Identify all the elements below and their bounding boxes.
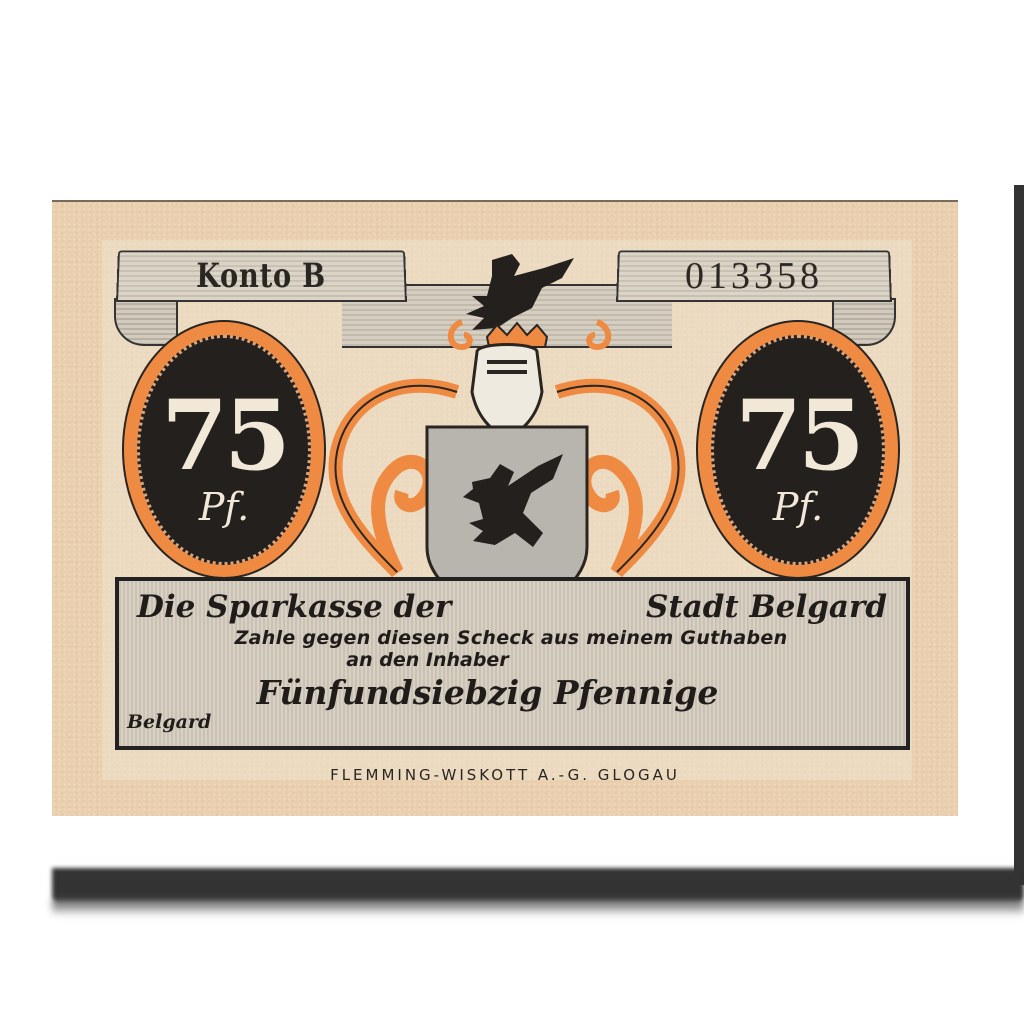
denomination-value: 75 bbox=[161, 388, 287, 484]
denomination-oval-left: 75 Pf. bbox=[122, 320, 326, 579]
issuer-line-left: Die Sparkasse der bbox=[137, 589, 451, 625]
issuer-line-right: Stadt Belgard bbox=[646, 589, 887, 625]
ribbon-tail-left bbox=[114, 298, 178, 346]
denomination-value: 75 bbox=[735, 388, 861, 484]
amount-in-words: Fünfundsiebzig Pfennige bbox=[119, 673, 906, 712]
banknote: Konto B 013358 75 Pf. 75 Pf. bbox=[52, 200, 958, 816]
denomination-oval-right: 75 Pf. bbox=[696, 320, 900, 579]
printer-imprint: FLEMMING-WISKOTT A.-G. GLOGAU bbox=[52, 766, 958, 784]
place-name: Belgard bbox=[127, 711, 211, 733]
instruction-line: Zahle gegen diesen Scheck aus meinem Gut… bbox=[131, 627, 891, 649]
bearer-line: an den Inhaber bbox=[119, 649, 906, 671]
denomination-unit: Pf. bbox=[199, 488, 249, 526]
drop-shadow-bottom bbox=[52, 868, 1024, 902]
inscription-panel: Die Sparkasse der Stadt Belgard Zahle ge… bbox=[115, 577, 910, 750]
drop-shadow-right bbox=[1014, 185, 1024, 885]
griffin-crest-icon bbox=[307, 242, 707, 632]
denomination-unit: Pf. bbox=[773, 488, 823, 526]
issuer-line: Die Sparkasse der Stadt Belgard bbox=[137, 589, 887, 625]
